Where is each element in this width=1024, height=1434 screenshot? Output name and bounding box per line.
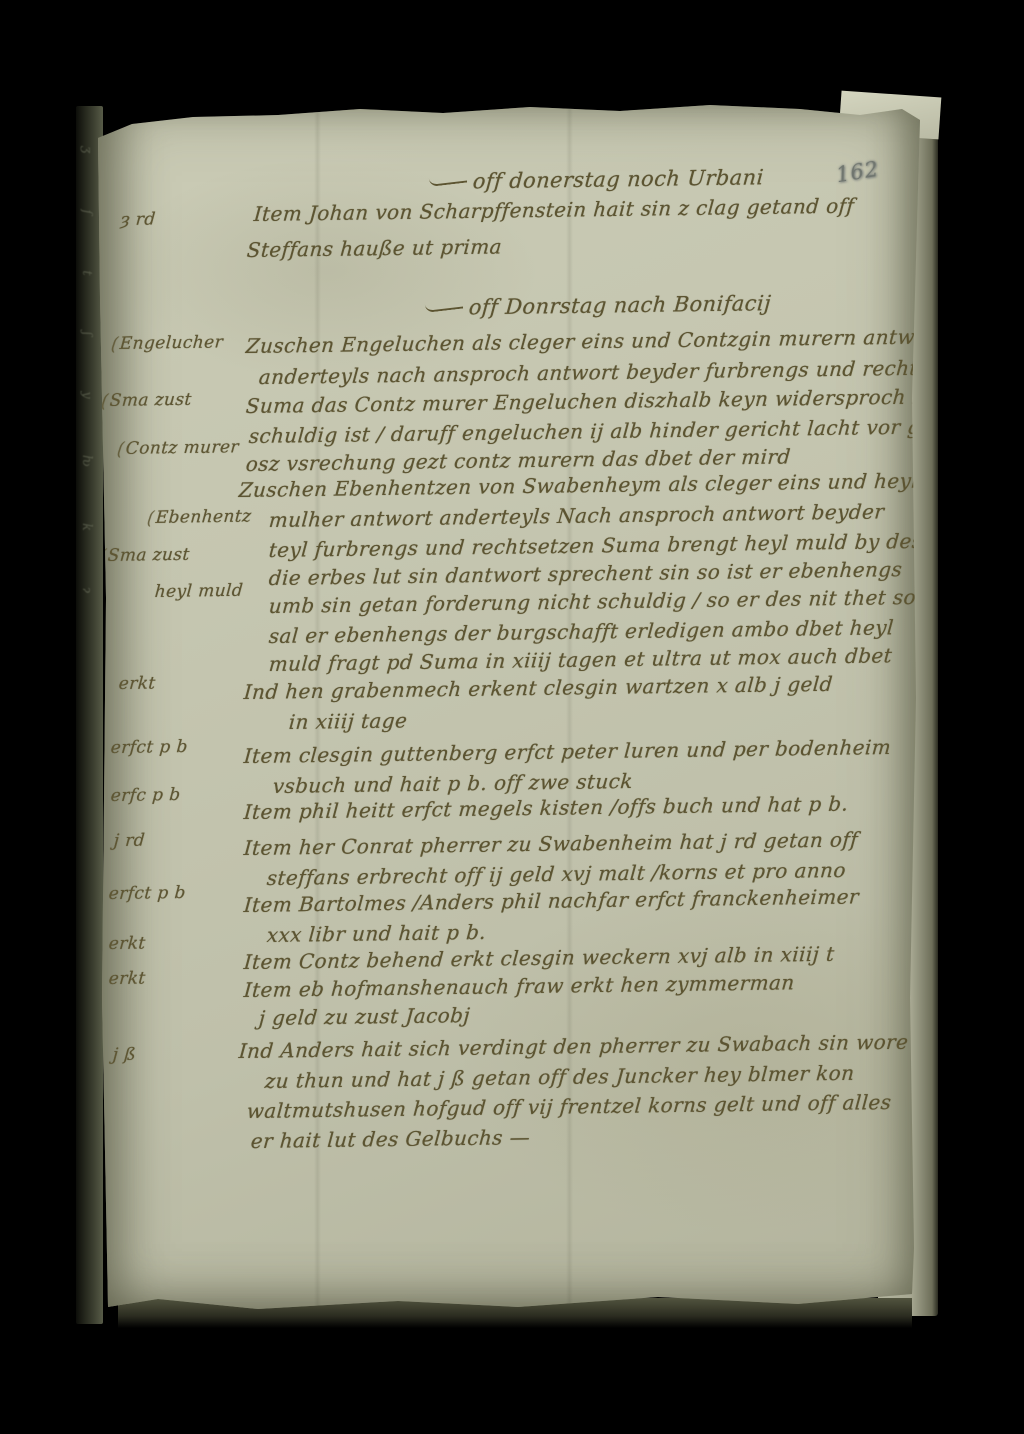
text-line: Item clesgin guttenberg erfct peter lure…: [243, 735, 892, 768]
text-line: waltmutshusen hofgud off vij frentzel ko…: [246, 1090, 892, 1123]
margin-note-verdict: erfct p b: [108, 883, 186, 904]
text-line: Suma das Contz murer Engeluchen diszhalb…: [245, 384, 993, 418]
scan-background: ʒ ſ t ʃ y ƕ k ɂ ʂ ɀ 162 off donerstag no…: [0, 0, 1024, 1434]
margin-note: ȝ rd: [120, 209, 156, 230]
margin-note-party: Engelucher: [110, 332, 224, 354]
margin-note-party: Contz murer: [116, 437, 240, 459]
text-line: vsbuch und hait p b. off zwe stuck: [272, 769, 634, 798]
text-line: xxx libr und hait p b.: [266, 920, 487, 947]
text-line: Item eb hofmanshenauch fraw erkt hen zym…: [243, 970, 796, 1002]
text-line: Steffans hauße ut prima: [246, 234, 503, 262]
fold-crease: [566, 98, 573, 1326]
margin-note-party: Ebenhentz: [146, 507, 252, 528]
text-line: schuldig ist / daruff engeluchen ij alb …: [248, 414, 994, 448]
book-gutter-edge: ʒ ſ t ʃ y ƕ k ɂ: [76, 106, 103, 1324]
text-line: er hait lut des Gelbuchs —: [250, 1125, 531, 1153]
folio-number: 162: [834, 157, 880, 187]
margin-note-summa: Sma zust: [98, 545, 190, 566]
margin-note-verdict: erkt: [118, 673, 156, 694]
gutter-bleed-marks: ʒ ſ t ʃ y ƕ k ɂ: [79, 146, 94, 1246]
text-line: Ind Anders hait sich verdingt den pherre…: [238, 1030, 909, 1063]
text-line: Ind hen grabenmech erkent clesgin wartze…: [243, 672, 834, 704]
text-line: sal er ebenhengs der burgschafft erledig…: [268, 615, 895, 648]
text-line: muld fragt pd Suma in xiiij tagen et ult…: [268, 643, 893, 676]
text-line: Item Contz behend erkt clesgin weckern x…: [243, 942, 835, 974]
text-line: Item her Conrat pherrer zu Swabenheim ha…: [243, 827, 859, 860]
manuscript-page: 162 off donerstag noch Urbani ȝ rd Item …: [98, 98, 920, 1326]
margin-note-verdict: erfct p b: [110, 737, 188, 758]
text-line: zu thun und hat j ß getan off des Juncke…: [264, 1061, 855, 1093]
text-line: Item Johan von Scharpffenstein hait sin …: [253, 194, 855, 226]
margin-note-verdict: erkt: [108, 933, 146, 954]
text-line: anderteyls nach ansproch antwort beyder …: [258, 355, 987, 389]
manuscript-scan: { "document": { "type": "archival manusc…: [0, 0, 1024, 1434]
text-line: in xiiij tage: [288, 708, 408, 734]
margin-note-summa: Sma zust: [100, 390, 192, 411]
text-line: teyl furbrengs und rechtsetzen Suma bren…: [268, 529, 923, 562]
text-line: umb sin getan forderung nicht schuldig /…: [268, 585, 917, 618]
margin-note-verdict: j rd: [113, 831, 146, 851]
section-heading-date: off Donrstag nach Bonifacij: [424, 291, 772, 320]
text-line: die erbes lut sin dantwort sprechent sin…: [268, 557, 903, 590]
text-line: mulher antwort anderteyls Nach ansproch …: [268, 499, 885, 532]
margin-note-verdict: erkt: [108, 968, 146, 989]
text-line: Zuschen Engeluchen als cleger eins und C…: [245, 324, 947, 358]
section-heading-date: off donerstag noch Urbani: [428, 165, 765, 194]
margin-note-verdict: erfc p b: [110, 785, 181, 806]
margin-note-party: heyl muld: [154, 581, 244, 602]
margin-note-amount: j ß: [112, 1045, 137, 1065]
text-line: Item Bartolmes /Anders phil nachfar erfc…: [243, 884, 860, 917]
text-line: j geld zu zust Jacobj: [258, 1003, 471, 1030]
